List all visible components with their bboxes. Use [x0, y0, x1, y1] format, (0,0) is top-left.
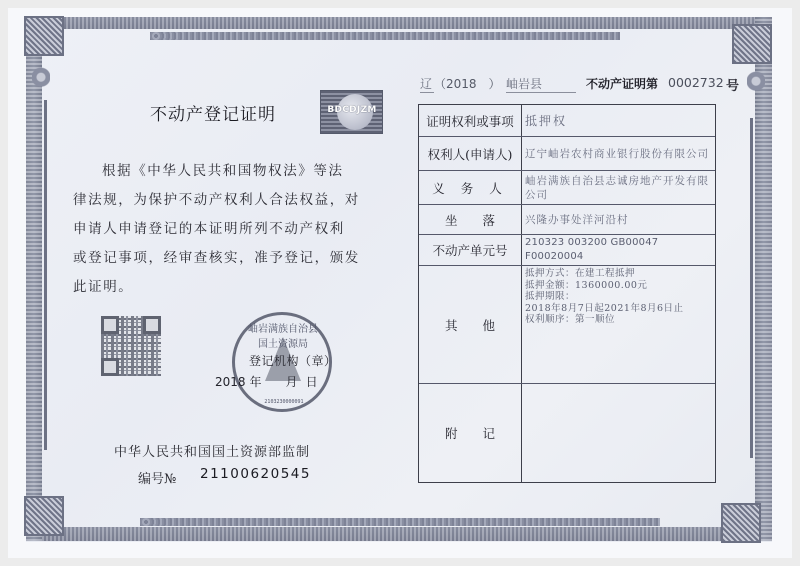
border-ornament-top — [150, 32, 620, 40]
registration-day: 日 — [306, 375, 318, 389]
row-value: 兴隆办事处洋河沿村 — [523, 205, 713, 234]
table-row-unit-number: 不动产单元号 210323 003200 GB00047 F00020004 — [419, 235, 715, 266]
certificate-number: 0002732 — [668, 75, 724, 90]
registration-agency-label: 登记机构（章） — [249, 352, 337, 369]
row-value: 抵押方式：在建工程抵押 抵押金额：1360000.00元 抵押期限： 2018年… — [523, 266, 713, 385]
corner-ornament-icon — [24, 496, 64, 536]
other-line: 抵押期限： — [525, 291, 684, 303]
table-row-other: 其 他 抵押方式：在建工程抵押 抵押金额：1360000.00元 抵押期限： 2… — [419, 266, 715, 384]
scroll-ornament-icon — [32, 62, 50, 100]
bdcdjzm-logo: BDCDJZM — [320, 90, 383, 134]
row-value — [523, 384, 713, 482]
scroll-ornament-icon — [747, 66, 765, 104]
certificate-number-suffix: 号 — [726, 75, 739, 94]
border-inner-line-left — [44, 100, 47, 450]
row-value: 抵押权 — [523, 105, 713, 136]
registration-year: 2018 — [215, 375, 246, 389]
border-top — [26, 17, 772, 29]
row-label: 不动产单元号 — [419, 235, 522, 265]
statement-line: 此证明。 — [73, 273, 370, 302]
certificate-title: 不动产登记证明 — [150, 100, 310, 125]
corner-ornament-icon — [24, 16, 64, 56]
certificate-number-line: 辽 （2018 ） 岫岩县 不动产证明第 0002732 号 — [420, 75, 720, 95]
seal-arc-text: 岫岩满族自治县国土资源局 — [245, 320, 321, 350]
table-row-notes: 附 记 — [419, 384, 715, 482]
border-ornament-bottom — [140, 518, 660, 526]
row-label: 附 记 — [419, 384, 522, 482]
statement-line: 律法规，为保护不动产权利人合法权益，对 — [73, 186, 370, 215]
other-line: 2018年8月7日起2021年8月6日止 — [525, 303, 684, 315]
row-value: 辽宁岫岩农村商业银行股份有限公司 — [523, 137, 713, 170]
row-label: 其 他 — [419, 266, 522, 383]
registration-month: 年 月 — [250, 375, 298, 389]
seal-serial: 2103230000091 — [255, 399, 313, 405]
statement-line: 根据《中华人民共和国物权法》等法 — [102, 157, 370, 186]
row-label: 证明权利或事项 — [419, 105, 522, 136]
supervised-by: 中华人民共和国国土资源部监制 — [114, 441, 310, 460]
other-line: 抵押方式：在建工程抵押 — [525, 268, 684, 280]
county-name: 岫岩县 — [506, 75, 576, 93]
logo-text: BDCDJZM — [323, 105, 381, 115]
border-inner-line-right — [750, 118, 753, 458]
registration-date: 2018年 月日 — [215, 373, 318, 390]
border-bottom — [26, 527, 772, 541]
certificate-number-label: 不动产证明第 — [586, 75, 658, 92]
row-value: 210323 003200 GB00047 F00020004 — [523, 235, 713, 265]
row-label: 义 务 人 — [419, 171, 522, 204]
statement-line: 或登记事项，经审查核实，准予登记，颁发 — [73, 244, 370, 273]
table-row-right-holder: 权利人(申请人) 辽宁岫岩农村商业银行股份有限公司 — [419, 137, 715, 171]
other-line: 权利顺序：第一顺位 — [525, 314, 684, 326]
table-row-location: 坐 落 兴隆办事处洋河沿村 — [419, 205, 715, 235]
registration-table: 证明权利或事项 抵押权 权利人(申请人) 辽宁岫岩农村商业银行股份有限公司 义 … — [418, 104, 716, 483]
statement-line: 申请人申请登记的本证明所列不动产权利 — [73, 215, 370, 244]
other-line: 抵押金额：1360000.00元 — [525, 280, 684, 292]
province-abbr: 辽 — [420, 75, 434, 93]
serial-label: 编号№ — [138, 468, 176, 487]
row-value: 岫岩满族自治县志诚房地产开发有限公司 — [523, 171, 713, 204]
serial-number: 21100620545 — [200, 466, 311, 482]
table-row-obligor: 义 务 人 岫岩满族自治县志诚房地产开发有限公司 — [419, 171, 715, 205]
table-row-right-type: 证明权利或事项 抵押权 — [419, 105, 715, 137]
corner-ornament-icon — [732, 24, 772, 64]
row-label: 权利人(申请人) — [419, 137, 522, 170]
certificate-year: （2018 ） — [434, 75, 501, 92]
qr-code — [101, 316, 161, 376]
certificate-statement: 根据《中华人民共和国物权法》等法 律法规，为保护不动产权利人合法权益，对 申请人… — [102, 157, 370, 302]
corner-ornament-icon — [721, 503, 761, 543]
row-label: 坐 落 — [419, 205, 522, 234]
